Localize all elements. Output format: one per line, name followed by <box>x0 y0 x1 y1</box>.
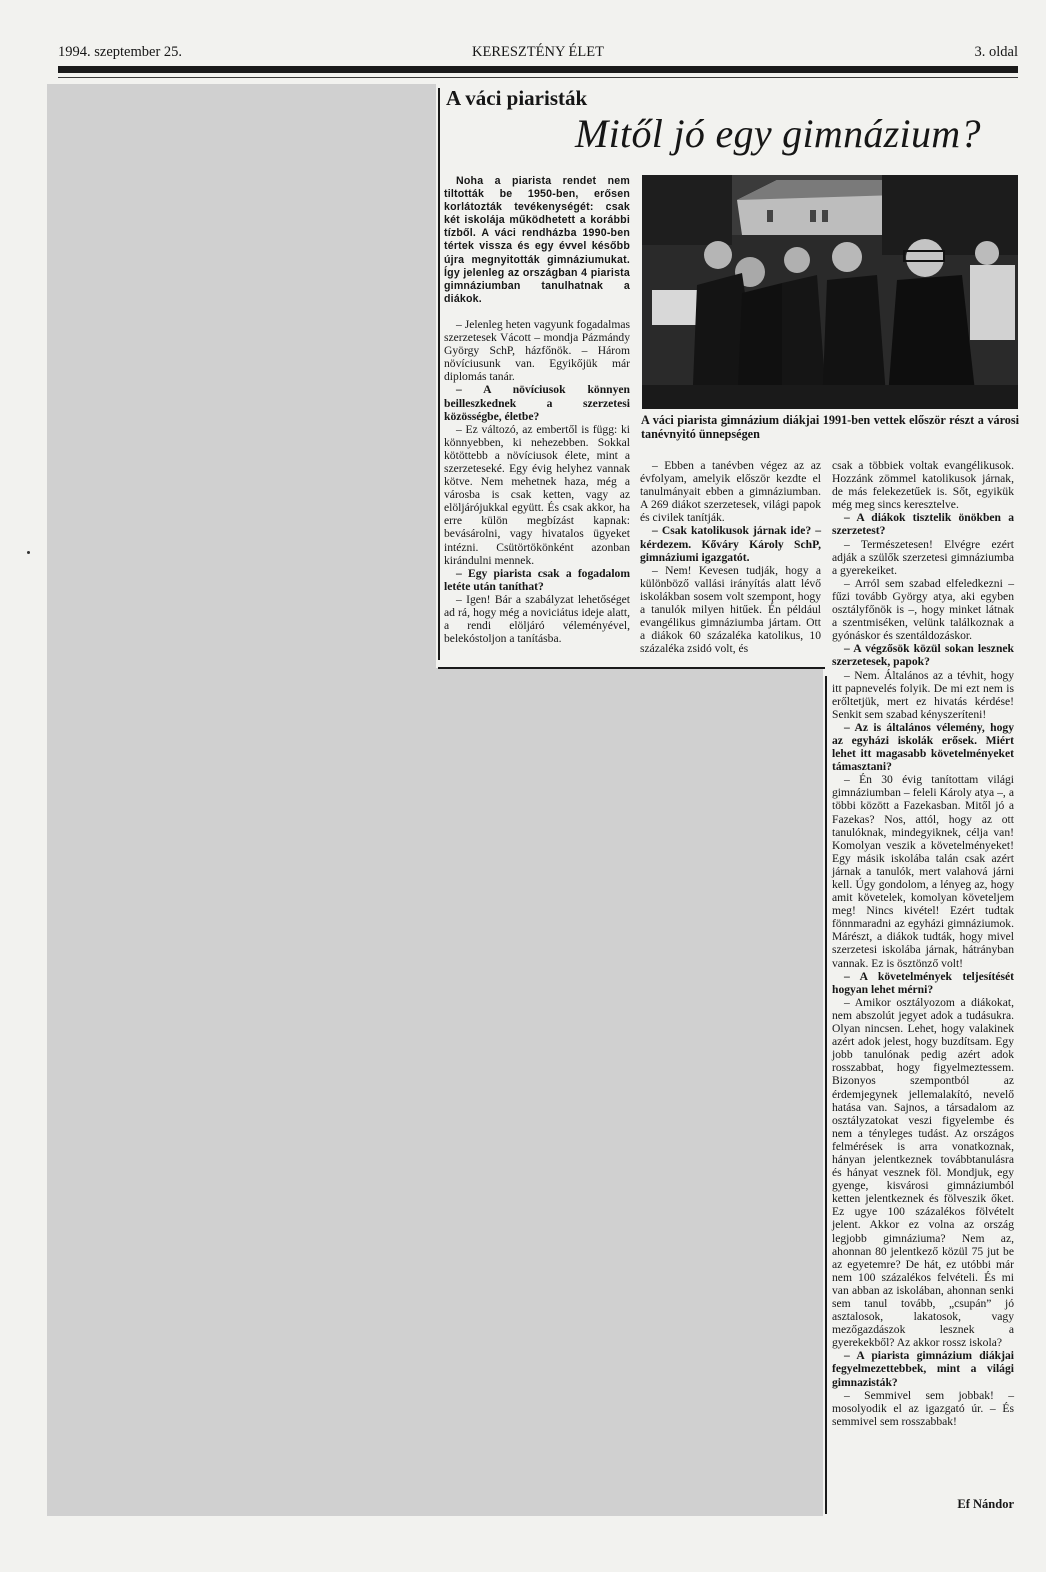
photo-caption: A váci piarista gimnázium diákjai 1991-b… <box>641 413 1019 441</box>
interview-question: – Egy piarista csak a fogadalom letéte u… <box>444 567 630 593</box>
article-lead: Noha a piarista rendet nem tiltották be … <box>444 175 630 306</box>
masked-region-bottom <box>436 668 823 1516</box>
article-column-3: csak a többiek voltak evangélikusok. Hoz… <box>832 459 1014 1428</box>
paragraph-continuation: csak a többiek voltak evangélikusok. Hoz… <box>832 459 1014 511</box>
paragraph: – Ebben a tanévben végez az az évfolyam,… <box>640 459 821 524</box>
paragraph: – Igen! Bár a szabályzat lehetőséget ad … <box>444 593 630 645</box>
column-rule-left <box>438 88 440 660</box>
article-photo <box>642 175 1018 409</box>
column-rule-right <box>825 676 827 1514</box>
paragraph: – Semmivel sem jobbak! – mosolyodik el a… <box>832 1389 1014 1428</box>
interview-question: – Az is általános vélemény, hogy az egyh… <box>832 721 1014 773</box>
article-byline: Ef Nándor <box>957 1497 1014 1512</box>
article-kicker: A váci piaristák <box>446 86 587 111</box>
masthead: 1994. szeptember 25. KERESZTÉNY ÉLET 3. … <box>58 44 1018 64</box>
paragraph: – Nem! Kevesen tudják, hogy a különböző … <box>640 564 821 656</box>
interview-question: – A követelmények teljesítését hogyan le… <box>832 970 1014 996</box>
page-number: 3. oldal <box>975 44 1019 61</box>
interview-question: – A növíciusok könnyen beilleszkednek a … <box>444 383 630 422</box>
paragraph: – Én 30 évig tanítottam világi gimnázium… <box>832 773 1014 969</box>
article-column-2: – Ebben a tanévben végez az az évfolyam,… <box>640 459 821 655</box>
interview-question: – A végzősök közül sokan lesznek szerzet… <box>832 642 1014 668</box>
masthead-thick-rule <box>58 66 1018 73</box>
masthead-thin-rule <box>58 77 1018 78</box>
paragraph: – Amikor osztályozom a diákokat, nem abs… <box>832 996 1014 1350</box>
photo-students-priest-icon <box>642 175 1018 409</box>
article-headline: Mitől jó egy gimnázium? <box>575 110 981 157</box>
masked-region-left <box>47 84 436 1516</box>
article-bottom-rule <box>438 667 825 669</box>
newspaper-name: KERESZTÉNY ÉLET <box>58 44 1018 61</box>
paragraph: – Természetesen! Elvégre ezért adják a s… <box>832 538 1014 577</box>
article-column-1: Noha a piarista rendet nem tiltották be … <box>444 175 630 645</box>
interview-question: – Csak katolikusok járnak ide? – kérdeze… <box>640 524 821 563</box>
speck <box>27 551 30 554</box>
interview-question: – A piarista gimnázium diákjai fegyelmez… <box>832 1349 1014 1388</box>
paragraph: – Ez változó, az embertől is függ: ki kö… <box>444 423 630 567</box>
paragraph: – Nem. Általános az a tévhit, hogy itt p… <box>832 669 1014 721</box>
paragraph: – Arról sem szabad elfeledkezni – fűzi t… <box>832 577 1014 642</box>
paragraph: – Jelenleg heten vagyunk fogadalmas szer… <box>444 318 630 383</box>
interview-question: – A diákok tisztelik önökben a szerzetes… <box>832 511 1014 537</box>
